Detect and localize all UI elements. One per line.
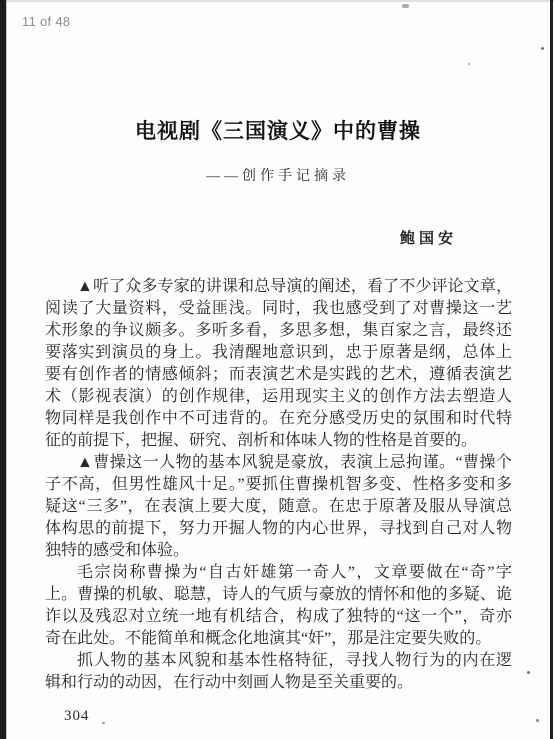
body-line: 要落实到演员的身上。我清醒地意识到，忠于原著是纲，总体上 [45,342,512,364]
body-line: 子不高，但男性雄风十足。”要抓住曹操机智多变、性格多变和多 [45,474,512,496]
scan-speck [541,47,544,50]
body-line: 独特的感受和体验。 [45,540,512,562]
body-text: ▲听了众多专家的讲课和总导演的阐述，看了不少评论文章，阅读了大量资料，受益匪浅。… [45,276,512,694]
body-line: 物同样是我创作中不可违背的。在充分感受历史的氛围和时代特 [45,408,512,430]
page-edge-line [550,0,553,739]
scan-speck [527,671,530,674]
article-author: 鲍国安 [400,227,457,248]
article-title: 电视剧《三国演义》中的曹操 [6,116,550,146]
body-line: 术形象的争议颇多。多听多看，多思多想，集百家之言，最终还 [45,320,512,342]
body-line: 诈以及残忍对立统一地有机结合，构成了独特的“这一个”，奇亦 [45,606,512,628]
body-line: 辑和行动的动因，在行动中刻画人物是至关重要的。 [45,672,512,694]
body-line: 奇在此处。不能简单和概念化地演其“奸”，那是注定要失败的。 [45,628,512,650]
body-line: 疑这“三多”，在表演上要大度，随意。在忠于原著及服从导演总 [45,496,512,518]
scan-speck [468,63,470,65]
document-viewer: 11 of 48 电视剧《三国演义》中的曹操 ——创作手记摘录 鲍国安 ▲听了众… [0,0,554,739]
footer-page-number: 304 [64,708,90,725]
body-line: 毛宗岗称曹操为“自古奸雄第一奇人”，文章要做在“奇”字 [45,562,512,584]
scan-speck [536,719,539,722]
body-line: 术（影视表演）的创作规律，运用现实主义的创作方法去塑造人 [45,386,512,408]
article-subtitle: ——创作手记摘录 [6,165,550,185]
body-line: 征的前提下，把握、研究、剖析和体味人物的性格是首要的。 [45,430,512,452]
scan-speck [246,656,248,658]
scan-speck [402,4,409,8]
body-line: 体构思的前提下，努力开掘人物的内心世界，寻找到自己对人物 [45,518,512,540]
body-line: ▲曹操这一人物的基本风貌是豪放，表演上忌拘谨。“曹操个 [45,452,512,474]
body-line: ▲听了众多专家的讲课和总导演的阐述，看了不少评论文章， [45,276,512,298]
body-line: 抓人物的基本风貌和基本性格特征，寻找人物行为的内在逻 [45,650,512,672]
scan-speck [102,722,105,724]
body-line: 上。曹操的机敏、聪慧，诗人的气质与豪放的情怀和他的多疑、诡 [45,584,512,606]
document-page[interactable]: 电视剧《三国演义》中的曹操 ——创作手记摘录 鲍国安 ▲听了众多专家的讲课和总导… [6,0,550,739]
scan-edge-left [0,0,6,739]
body-line: 要有创作者的情感倾斜；而表演艺术是实践的艺术，遵循表演艺 [45,364,512,386]
body-line: 阅读了大量资料，受益匪浅。同时，我也感受到了对曹操这一艺 [45,298,512,320]
